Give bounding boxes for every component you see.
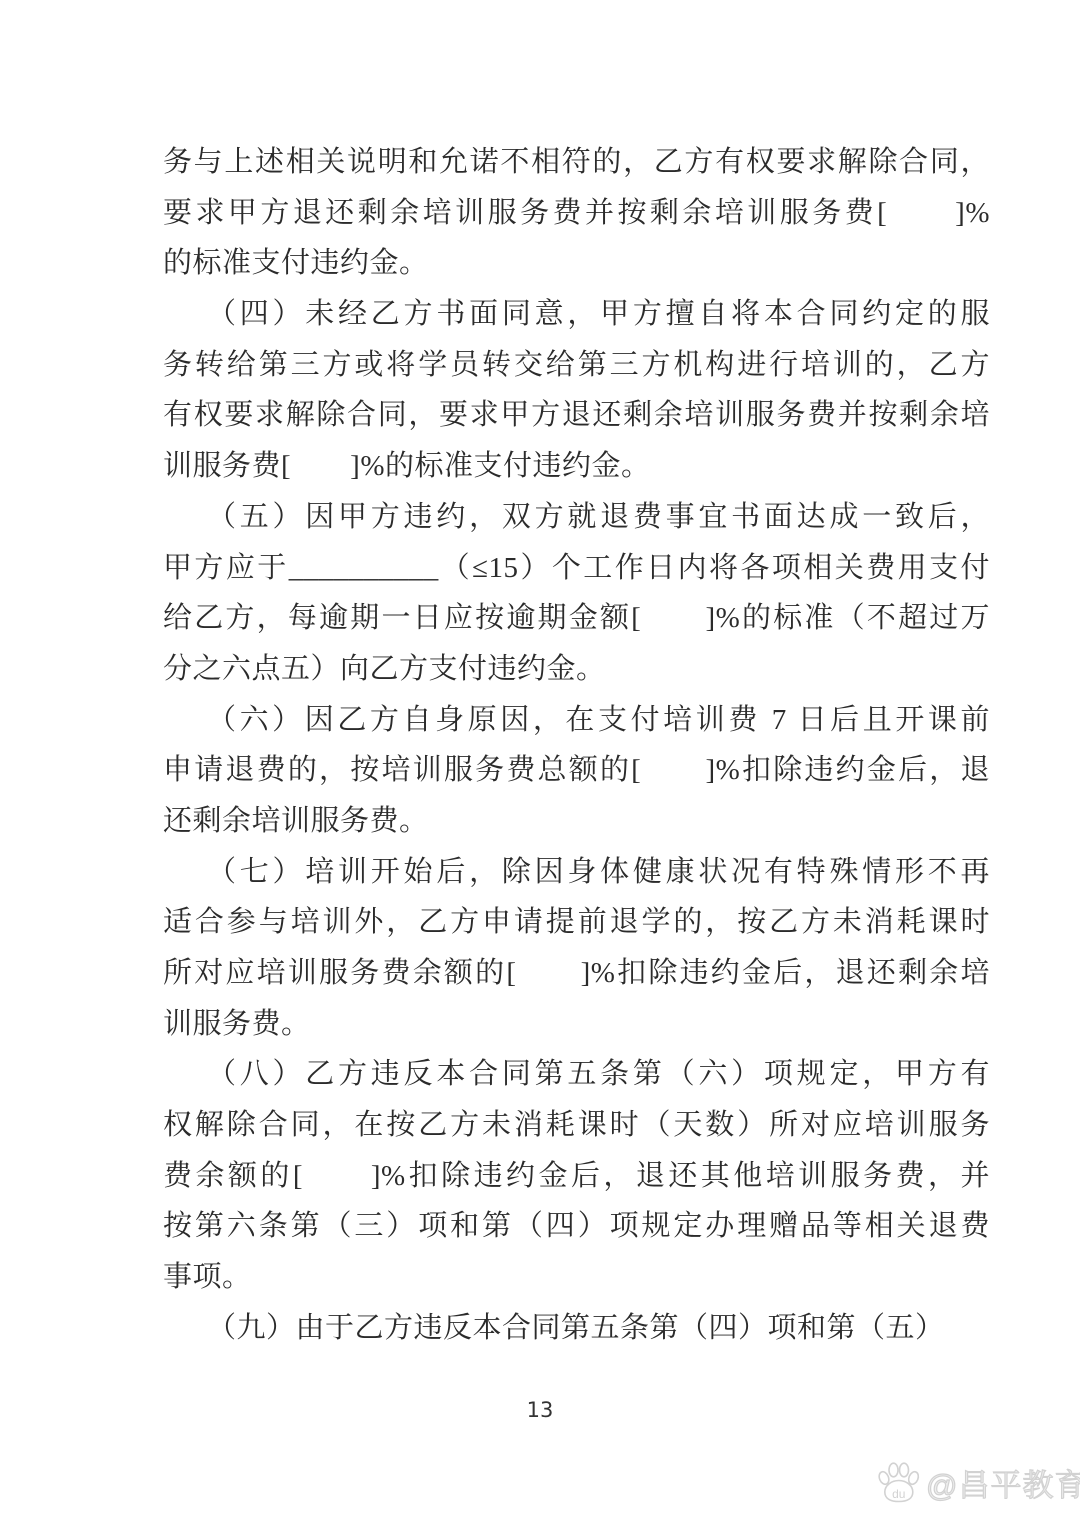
contract-line: 分之六点五）向乙方支付违约金。	[163, 644, 990, 695]
contract-page: 务与上述相关说明和允诺不相符的，乙方有权要求解除合同， 要求甲方退还剩余培训服务…	[0, 0, 1080, 1527]
contract-line: 务与上述相关说明和允诺不相符的，乙方有权要求解除合同，	[163, 137, 990, 188]
contract-line: 有权要求解除合同，要求甲方退还剩余培训服务费并按剩余培	[163, 390, 990, 441]
page-number: 13	[0, 1398, 1080, 1422]
baidu-paw-icon: du	[874, 1461, 922, 1505]
contract-line: 适合参与培训外，乙方申请提前退学的，按乙方未消耗课时	[163, 897, 990, 948]
contract-line-clause-4: （四）未经乙方书面同意，甲方擅自将本合同约定的服	[163, 289, 990, 340]
contract-line: 申请退费的，按培训服务费总额的[ ]%扣除违约金后，退	[163, 745, 990, 796]
contract-line: 务转给第三方或将学员转交给第三方机构进行培训的，乙方	[163, 340, 990, 391]
baidu-paw-du-label: du	[892, 1487, 905, 1501]
contract-line-blank-field: 甲方应于__________（≤15）个工作日内将各项相关费用支付	[163, 543, 990, 594]
contract-line-clause-8: （八）乙方违反本合同第五条第（六）项规定，甲方有	[163, 1049, 990, 1100]
contract-line: 按第六条第（三）项和第（四）项规定办理赠品等相关退费	[163, 1201, 990, 1252]
contract-line-clause-6: （六）因乙方自身原因，在支付培训费 7 日后且开课前	[163, 695, 990, 746]
contract-line: 的标准支付违约金。	[163, 238, 990, 289]
contract-line-clause-9: （九）由于乙方违反本合同第五条第（四）项和第（五）	[163, 1303, 990, 1354]
contract-text-block: 务与上述相关说明和允诺不相符的，乙方有权要求解除合同， 要求甲方退还剩余培训服务…	[163, 137, 990, 1354]
watermark-handle: @昌平教育	[926, 1460, 1080, 1505]
contract-line: 事项。	[163, 1252, 990, 1303]
contract-line: 还剩余培训服务费。	[163, 796, 990, 847]
contract-line: 费余额的[ ]%扣除违约金后，退还其他培训服务费，并	[163, 1151, 990, 1202]
contract-line: 权解除合同，在按乙方未消耗课时（天数）所对应培训服务	[163, 1100, 990, 1151]
contract-line: 给乙方，每逾期一日应按逾期金额[ ]%的标准（不超过万	[163, 593, 990, 644]
contract-line-clause-5: （五）因甲方违约，双方就退费事宜书面达成一致后，	[163, 492, 990, 543]
contract-line: 训服务费。	[163, 999, 990, 1050]
watermark: du @昌平教育	[874, 1460, 1080, 1505]
contract-line: 所对应培训服务费余额的[ ]%扣除违约金后，退还剩余培	[163, 948, 990, 999]
contract-line: 要求甲方退还剩余培训服务费并按剩余培训服务费[ ]%	[163, 188, 990, 239]
contract-line-clause-7: （七）培训开始后，除因身体健康状况有特殊情形不再	[163, 847, 990, 898]
contract-line: 训服务费[ ]%的标准支付违约金。	[163, 441, 990, 492]
